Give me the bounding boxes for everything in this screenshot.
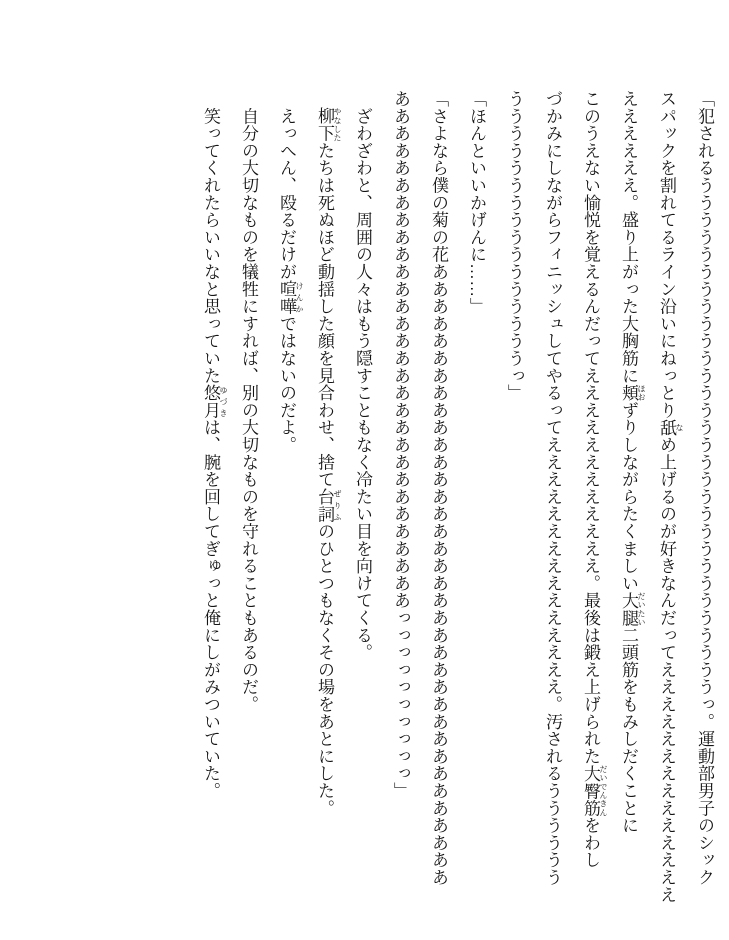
text-line-7: 「ほんといいかげんに……」 xyxy=(457,90,495,916)
ruby-annotated-word: 悠月ゆづき xyxy=(201,384,220,419)
text-segment: スパックを割れてるライン沿いにねっとり xyxy=(657,90,676,419)
text-segment: は、腕を回してぎゅっと俺にしがみついていた。 xyxy=(201,419,220,800)
text-segment: づかみにしながらフィニッシュしてやるってえええええええええええええええ。汚される… xyxy=(543,90,562,886)
furigana: ゆづき xyxy=(219,384,228,419)
text-segment: えっへん、殴るだけが xyxy=(277,90,296,280)
text-line-2: スパックを割れてるライン沿いにねっとり舐なめ上げるのが好きなんだってええええええ… xyxy=(647,90,685,916)
furigana: けんか xyxy=(295,280,304,315)
ruby-annotated-word: 台詞ぜりふ xyxy=(315,488,334,523)
text-line-12: えっへん、殴るだけが喧嘩けんかではないのだよ。 xyxy=(267,90,305,916)
text-line-1: 「犯されるううううううううううううううううううううううううううううううっ。運動部… xyxy=(685,90,723,916)
ruby-annotated-word: 大腿だいたい xyxy=(619,592,638,627)
text-segment: ずりしながらたくましい xyxy=(619,401,638,591)
furigana: だいでんきん xyxy=(599,765,608,817)
text-segment: 「犯されるううううううううううううううううううううううううううううううっ。運動部… xyxy=(695,90,714,886)
text-line-11: 柳下やなしたたちは死ぬほど動揺した顔を見合わせ、捨て台詞ぜりふのひとつもなくその… xyxy=(305,90,343,916)
furigana: ほお xyxy=(637,384,646,401)
text-line-5: づかみにしながらフィニッシュしてやるってえええええええええええええええ。汚される… xyxy=(533,90,571,916)
text-segment: 二頭筋をもみしだくことに xyxy=(619,626,638,834)
text-segment: ああああああああああああああああああああああああああああああっっっっっっっっっっ… xyxy=(391,90,410,799)
ruby-annotated-word: 柳下やなした xyxy=(315,107,334,142)
ruby-annotated-word: 頬ほお xyxy=(619,384,638,401)
text-line-3: ええええええ。盛り上がった大胸筋に頬ほおずりしながらたくましい大腿だいたい二頭筋… xyxy=(609,90,647,916)
page-text: 「犯されるううううううううううううううううううううううううううううううっ。運動部… xyxy=(191,90,723,916)
text-segment xyxy=(315,90,334,107)
text-line-4: このうえない愉悦を覚えるんだってええええええええええええ。最後は鍛え上げられた大… xyxy=(571,90,609,916)
ruby-annotated-word: 舐な xyxy=(657,419,676,436)
text-segment: ええええええ。盛り上がった大胸筋に xyxy=(619,90,638,384)
text-segment: このうえない愉悦を覚えるんだってええええええええええええ。最後は鍛え上げられた xyxy=(581,90,600,765)
text-line-9: ああああああああああああああああああああああああああああああっっっっっっっっっっ… xyxy=(381,90,419,916)
text-line-13: 自分の大切なものを犠牲にすれば、別の大切なものを守れることもあるのだ。 xyxy=(229,90,267,916)
ruby-annotated-word: 大臀筋だいでんきん xyxy=(581,765,600,817)
text-segment: たちは死ぬほど動揺した顔を見合わせ、捨て xyxy=(315,142,334,488)
text-segment: 「ほんといいかげんに……」 xyxy=(467,90,486,315)
text-segment: 笑ってくれたらいいなと思っていた xyxy=(201,90,220,384)
text-segment: め上げるのが好きなんだってええええええええええええええ xyxy=(657,436,676,903)
text-segment: のひとつもなくその場をあとにした。 xyxy=(315,523,334,817)
furigana: な xyxy=(675,419,684,436)
text-line-8: 「さよなら僕の菊の花ああああああああああああああああああああああああああああああ… xyxy=(419,90,457,916)
furigana: ぜりふ xyxy=(333,488,342,523)
text-segment: ううううううううううううううううっ」 xyxy=(505,90,524,401)
text-line-14: 笑ってくれたらいいなと思っていた悠月ゆづきは、腕を回してぎゅっと俺にしがみついて… xyxy=(191,90,229,916)
novel-page: 「犯されるううううううううううううううううううううううううううううううっ。運動部… xyxy=(0,0,729,940)
text-line-10: ざわざわと、周囲の人々はもう隠すこともなく冷たい目を向けてくる。 xyxy=(343,90,381,916)
text-segment: ざわざわと、周囲の人々はもう隠すこともなく冷たい目を向けてくる。 xyxy=(353,90,372,661)
text-segment: をわし xyxy=(581,817,600,869)
furigana: だいたい xyxy=(637,592,646,627)
ruby-annotated-word: 喧嘩けんか xyxy=(277,280,296,315)
text-segment: ではないのだよ。 xyxy=(277,315,296,453)
text-segment: 「さよなら僕の菊の花ああああああああああああああああああああああああああああああ… xyxy=(429,90,448,886)
text-line-6: ううううううううううううううううっ」 xyxy=(495,90,533,916)
furigana: やなした xyxy=(333,107,342,142)
text-segment: 自分の大切なものを犠牲にすれば、別の大切なものを守れることもあるのだ。 xyxy=(239,90,258,713)
